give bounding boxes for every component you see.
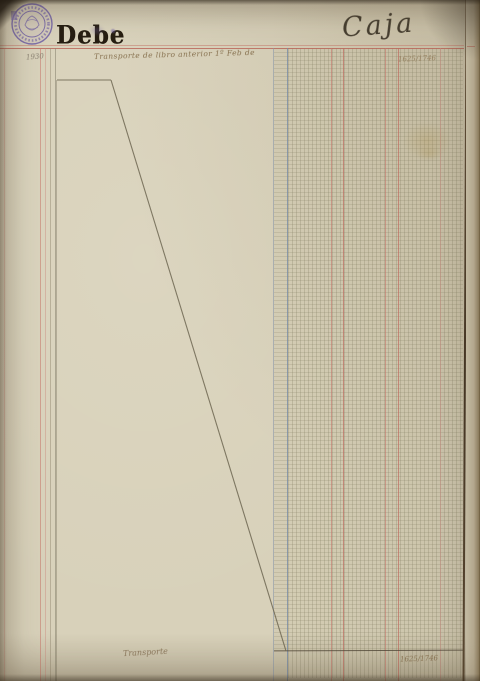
page-title-debit: Debe — [56, 21, 125, 50]
ledger-page: Debe Caja 1930 Transporte de libro anter… — [0, 0, 480, 681]
entry-amount-bottom: 1625/1746 — [400, 654, 438, 663]
entry-year: 1930 — [26, 52, 44, 61]
paper-stain — [416, 146, 442, 161]
ink-smudge — [111, 29, 115, 33]
circular-ink-stamp-icon — [9, 1, 55, 47]
page-title-caja: Caja — [341, 7, 416, 43]
adjacent-page-strip — [466, 0, 480, 681]
pencil-crossout-lines — [0, 0, 480, 681]
adjacent-page-rule — [467, 46, 475, 47]
entry-amount-top: 1625/1746 — [398, 54, 436, 63]
ink-smudge — [89, 25, 105, 36]
